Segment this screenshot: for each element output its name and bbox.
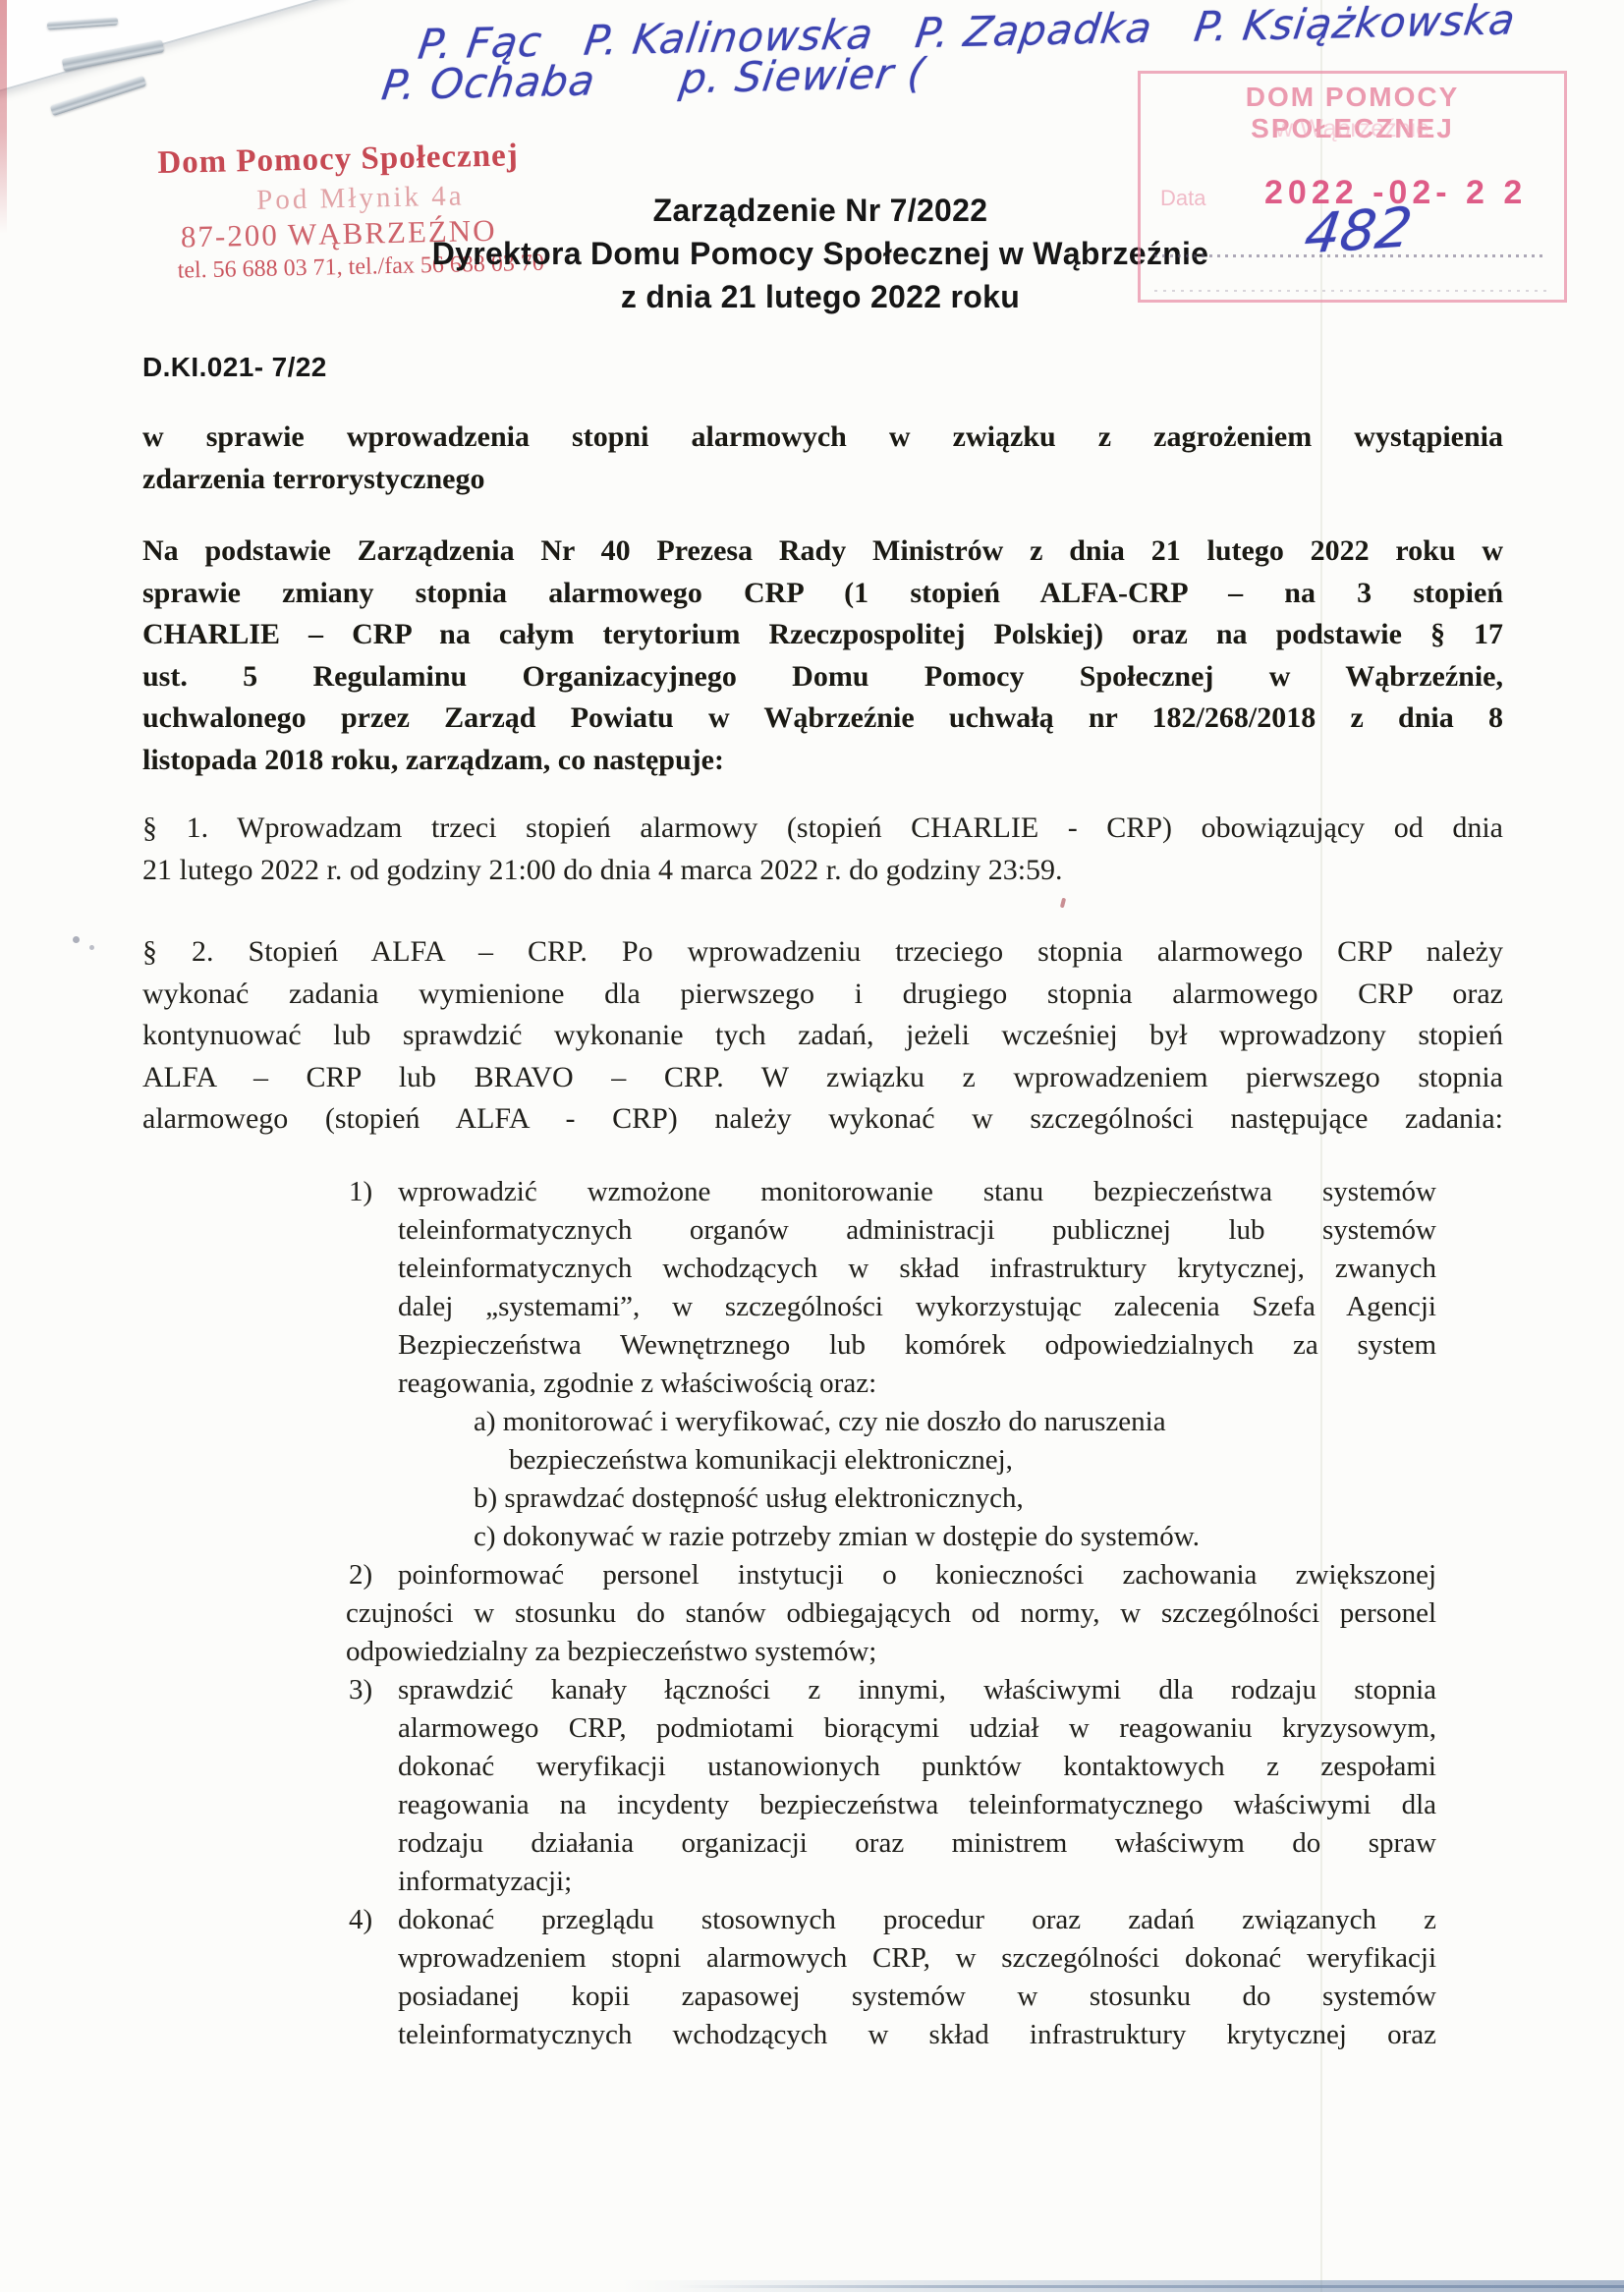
text-line: Bezpieczeństwa Wewnętrznego lub komórek … (398, 1326, 1436, 1365)
text-line: bezpieczeństwa komunikacji elektroniczne… (509, 1441, 1436, 1480)
text-line: wprowadzeniem stopni alarmowych CRP, w s… (398, 1939, 1436, 1978)
handwritten-register-number: 482 (1301, 196, 1416, 266)
scan-artifact-dot (89, 945, 94, 950)
paragraph-2: § 2. Stopień ALFA – CRP. Po wprowadzeniu… (142, 931, 1503, 1141)
text-line: odpowiedzialny za bezpieczeństwo systemó… (346, 1633, 1436, 1671)
text-line: w sprawie wprowadzenia stopni alarmowych… (142, 417, 1503, 459)
intake-stamp-city: w Wąbrzeźnie (1141, 115, 1564, 143)
text-line: reagowania, zgodnie z właściwością oraz: (398, 1365, 1436, 1403)
text-line: ust. 5 Regulaminu Organizacyjnego Domu P… (142, 656, 1503, 699)
list-marker-1: 1) (349, 1173, 372, 1211)
subitem-marker: b) (474, 1482, 497, 1514)
list-marker-4: 4) (349, 1901, 372, 1939)
text-line: § 1. Wprowadzam trzeci stopień alarmowy … (142, 808, 1503, 850)
intake-stamp-date-label: Data (1160, 186, 1205, 211)
text-line: a) monitorować i weryfikować, czy nie do… (474, 1403, 1436, 1441)
text-line: alarmowego CRP, podmiotami biorącymi udz… (398, 1709, 1436, 1748)
stamp-org-name: Dom Pomocy Społecznej (157, 136, 620, 182)
text-line: sprawdzić kanały łączności z innymi, wła… (398, 1671, 1436, 1709)
subitem-marker: c) (474, 1521, 496, 1552)
text-line: informatyzacji; (398, 1863, 1436, 1901)
list-item-4: dokonać przeglądu stosownych procedur or… (398, 1901, 1436, 2054)
text-line: zdarzenia terrorystycznego (142, 459, 1503, 501)
text-line: sprawie zmiany stopnia alarmowego CRP (1… (142, 573, 1503, 615)
scan-artifact-dot (73, 936, 80, 943)
text-line: 21 lutego 2022 r. od godziny 21:00 do dn… (142, 850, 1503, 892)
scan-artifact-mark (1060, 898, 1066, 909)
subject-paragraph: w sprawie wprowadzenia stopni alarmowych… (142, 417, 1503, 500)
text-line: CHARLIE – CRP na całym terytorium Rzeczp… (142, 614, 1503, 656)
legal-basis-paragraph: Na podstawie Zarządzenia Nr 40 Prezesa R… (142, 531, 1503, 781)
list-item-1: wprowadzić wzmożone monitorowanie stanu … (398, 1173, 1436, 1403)
list-item-3: sprawdzić kanały łączności z innymi, wła… (398, 1671, 1436, 1901)
text-line: czujności w stosunku do stanów odbiegają… (346, 1594, 1436, 1633)
text-line: listopada 2018 roku, zarządzam, co nastę… (142, 740, 1503, 782)
staple-icon (50, 76, 147, 116)
text-line: c) dokonywać w razie potrzeby zmian w do… (474, 1518, 1436, 1556)
text-line: wykonać zadania wymienione dla pierwszeg… (142, 974, 1503, 1016)
text-line: ALFA – CRP lub BRAVO – CRP. W związku z … (142, 1057, 1503, 1099)
subitem-marker: a) (474, 1406, 496, 1437)
text-line: wprowadzić wzmożone monitorowanie stanu … (398, 1173, 1436, 1211)
scan-edge-streak (0, 0, 7, 234)
paper-corner-fold (0, 0, 349, 100)
paragraph-1: § 1. Wprowadzam trzeci stopień alarmowy … (142, 808, 1503, 891)
text-line: kontynuować lub sprawdzić wykonanie tych… (142, 1015, 1503, 1057)
subitem-text: sprawdzać dostępność usług elektroniczny… (504, 1482, 1023, 1514)
text-line: uchwalonego przez Zarząd Powiatu w Wąbrz… (142, 698, 1503, 740)
text-line: b) sprawdzać dostępność usług elektronic… (474, 1480, 1436, 1518)
text-line: dokonać przeglądu stosownych procedur or… (398, 1901, 1436, 1939)
text-line: alarmowego (stopień ALFA - CRP) należy w… (142, 1098, 1503, 1141)
reference-number: D.KI.021- 7/22 (142, 352, 327, 383)
list-item-2-first-line: poinformować personel instytucji o konie… (398, 1556, 1436, 1594)
text-line: teleinformatycznych organów administracj… (398, 1211, 1436, 1250)
list-item-2-continuation: czujności w stosunku do stanów odbiegają… (346, 1594, 1436, 1671)
scan-bottom-line (678, 2285, 1624, 2288)
text-line: posiadanej kopii zapasowej systemów w st… (398, 1978, 1436, 2016)
text-line: teleinformatycznych wchodzących w skład … (398, 1250, 1436, 1288)
text-line: reagowania na incydenty bezpieczeństwa t… (398, 1786, 1436, 1824)
text-line: rodzaju działania organizacji oraz minis… (398, 1824, 1436, 1863)
text-line: dalej „systemami”, w szczególności wykor… (398, 1288, 1436, 1326)
subitem-text: dokonywać w razie potrzeby zmian w dostę… (503, 1521, 1200, 1552)
intake-stamp-box: DOM POMOCY SPOŁECZNEJ w Wąbrzeźnie Data … (1138, 71, 1567, 303)
list-marker-3: 3) (349, 1671, 372, 1709)
scanned-document-page: { "handwriting": { "line1": "P. Fąc P. K… (0, 0, 1624, 2292)
text-line: teleinformatycznych wchodzących w skład … (398, 2016, 1436, 2054)
text-line: dokonać weryfikacji ustanowionych punktó… (398, 1748, 1436, 1786)
list-subitem-a: a) monitorować i weryfikować, czy nie do… (474, 1403, 1436, 1556)
text-line: § 2. Stopień ALFA – CRP. Po wprowadzeniu… (142, 931, 1503, 974)
list-marker-2: 2) (349, 1556, 372, 1594)
subitem-text: monitorować i weryfikować, czy nie doszł… (503, 1406, 1166, 1437)
text-line: poinformować personel instytucji o konie… (398, 1556, 1436, 1594)
stamp-dotted-line-2 (1154, 290, 1547, 292)
text-line: Na podstawie Zarządzenia Nr 40 Prezesa R… (142, 531, 1503, 573)
